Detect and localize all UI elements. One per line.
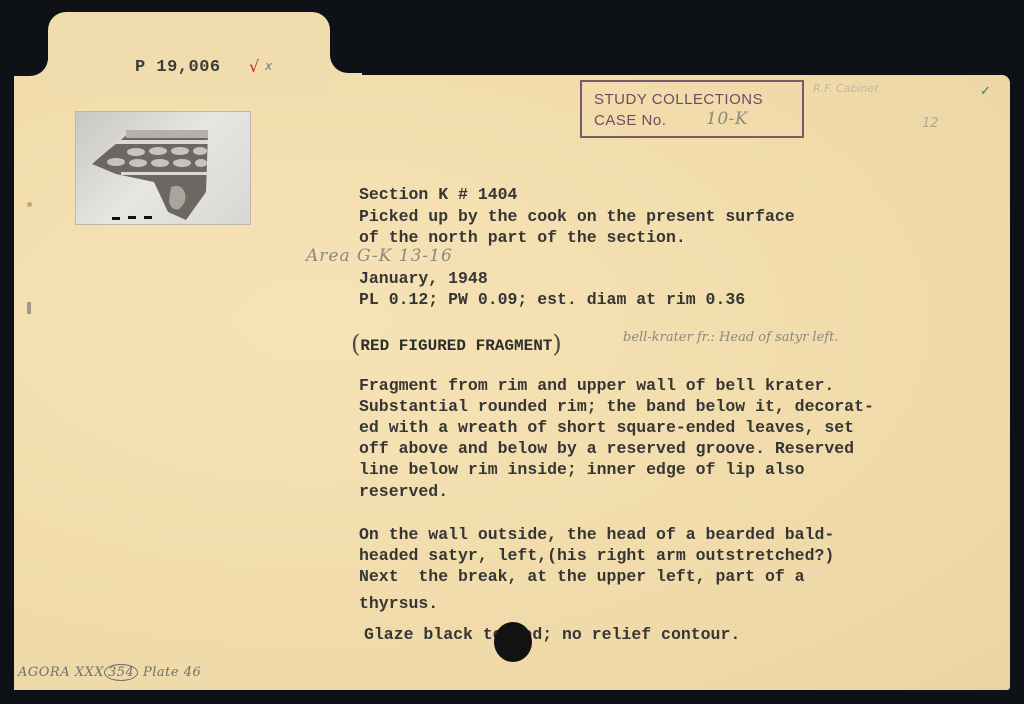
description-line: off above and below by a reserved groove… (359, 438, 854, 459)
publication-note: AGORA XXX354 Plate 46 (18, 665, 201, 680)
tab-shoulder-right (322, 55, 362, 77)
stain-spot (27, 202, 32, 207)
findspot-line-1: Picked up by the cook on the present sur… (359, 206, 795, 227)
study-collections-stamp: STUDY COLLECTIONS CASE No. 10-K (580, 80, 804, 138)
dimensions: PL 0.12; PW 0.09; est. diam at rim 0.36 (359, 289, 745, 310)
catalog-number: P 19,006 (135, 58, 221, 77)
punch-hole (494, 622, 532, 662)
description-line: headed satyr, left,(his right arm outstr… (359, 545, 834, 566)
faint-cabinet-note: R.F. Cabinet (813, 82, 879, 95)
area-note: Area G-K 13-16 (306, 246, 453, 266)
card-tab (48, 12, 330, 92)
description-line: line below rim inside; inner edge of lip… (359, 459, 805, 480)
description-line: reserved. (359, 481, 448, 502)
fragment-photo (75, 111, 251, 225)
tab-shoulder-left (14, 60, 54, 80)
section-number: Section K # 1404 (359, 184, 517, 205)
description-line: Substantial rounded rim; the band below … (359, 396, 874, 417)
findspot-line-2: of the north part of the section. (359, 227, 686, 248)
glaze-note: Glaze black to red; no relief contour. (364, 624, 740, 645)
description-line: ed with a wreath of short square-ended l… (359, 417, 854, 438)
description-line: thyrsus. (359, 593, 438, 614)
pencil-x-mark: x (265, 59, 272, 73)
green-check-icon: ✓ (980, 84, 991, 99)
fragment-image-icon (76, 112, 250, 224)
classification-note: bell-krater fr.: Head of satyr left. (623, 330, 838, 345)
classification: (RED FIGURED FRAGMENT) (351, 328, 562, 356)
date: January, 1948 (359, 268, 488, 289)
description-line: Fragment from rim and upper wall of bell… (359, 375, 834, 396)
classification-label: RED FIGURED FRAGMENT (360, 337, 552, 355)
red-check-icon: √ (249, 57, 259, 76)
description-line: On the wall outside, the head of a beard… (359, 524, 834, 545)
case-number: 10-K (706, 109, 748, 129)
circled-catalog-number: 354 (104, 664, 138, 681)
faint-pencil-mark: 12 (922, 116, 939, 131)
stamp-line1: STUDY COLLECTIONS (594, 91, 763, 108)
pencil-smudge (27, 302, 31, 314)
stamp-line2: CASE No. (594, 112, 666, 129)
description-line: Next the break, at the upper left, part … (359, 566, 805, 587)
